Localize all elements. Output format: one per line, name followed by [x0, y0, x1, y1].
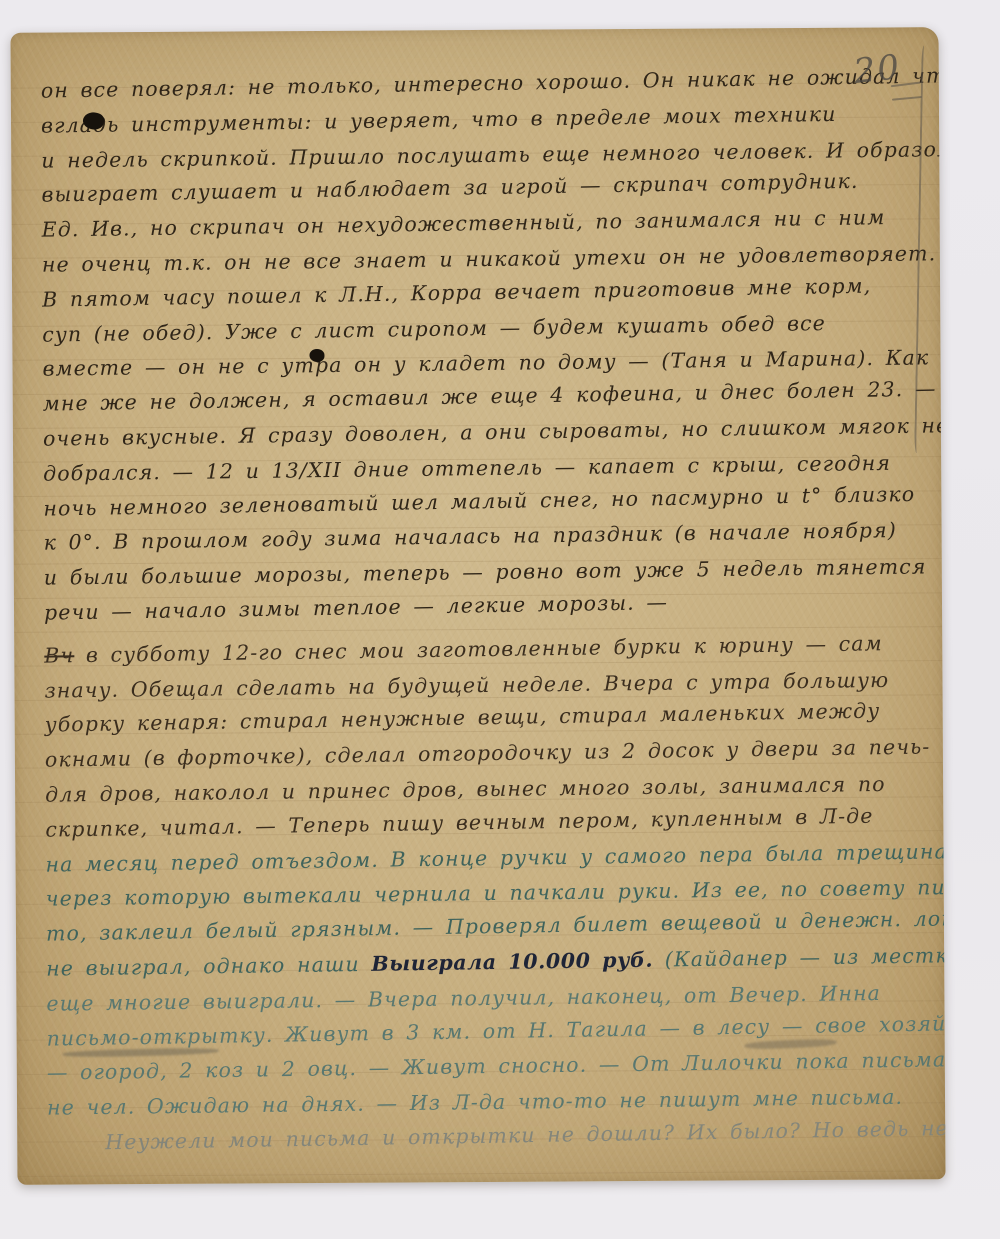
handwriting-text: к 0°. В прошлом году зима началась на пр…	[43, 518, 897, 555]
handwriting-text: он все поверял: не только, интересно хор…	[41, 62, 946, 103]
handwriting-line: он все поверял: не только, интересно хор…	[41, 64, 946, 101]
handwriting-text: мне же не должен, я оставил же еще 4 коф…	[43, 377, 937, 416]
handwriting-line: добрался. — 12 и 13/XII дние оттепель — …	[43, 453, 891, 484]
handwriting-line: еще многие выиграли. — Вчера получил, на…	[46, 983, 881, 1014]
handwriting-lines: он все поверял: не только, интересно хор…	[10, 27, 938, 33]
handwriting-text: в субботу 12-го снес мои заготовленные б…	[74, 631, 883, 667]
handwriting-text: вместе — он не с утра он у кладет по дом…	[42, 346, 929, 381]
handwriting-line: не выиграл, однако наши Выиграла 10.000 …	[46, 944, 945, 980]
handwriting-line: Неужели мои письма и открытки не дошли? …	[105, 1117, 945, 1153]
handwriting-text: уборку кенаря: стирал ненужные вещи, сти…	[45, 699, 881, 737]
handwriting-text: и недель скрипкой. Пришло послушать еще …	[41, 137, 945, 173]
handwriting-text: значу. Обещал сделать на будущей неделе.…	[44, 667, 889, 702]
handwriting-text: суп (не обед). Уже с лист сиропом — буде…	[42, 311, 826, 347]
handwriting-line: не оченц т.к. он не все знает и никакой …	[42, 243, 937, 275]
handwriting-line: окнами (в форточке), сделал отгородочку …	[45, 737, 931, 771]
handwriting-text: не выиграл, однако наши	[46, 952, 372, 981]
handwriting-line: суп (не обед). Уже с лист сиропом — буде…	[42, 313, 826, 345]
handwriting-text: не оченц т.к. он не все знает и никакой …	[42, 241, 937, 276]
pencil-tick-mark	[892, 96, 922, 101]
handwriting-text: то, заклеил белый грязным. — Проверял би…	[46, 905, 946, 946]
handwriting-text: Ед. Ив., но скрипач он нехудожественный,…	[42, 205, 886, 242]
handwriting-line: вместе — он не с утра он у кладет по дом…	[42, 348, 929, 380]
handwriting-text: В пятом часу пошел к Л.Н., Корра вечает …	[42, 273, 872, 311]
handwriting-line: и недель скрипкой. Пришло послушать еще …	[41, 139, 945, 171]
handwriting-text: выиграет слушает и наблюдает за игрой — …	[41, 169, 858, 207]
letter-page: он все поверял: не только, интересно хор…	[10, 27, 945, 1185]
handwriting-text: для дров, наколол и принес дров, вынес м…	[45, 772, 886, 807]
handwriting-text: на месяц перед отъездом. В конце ручки у…	[45, 839, 945, 876]
handwriting-text: и были большие морозы, теперь — ровно во…	[44, 555, 927, 590]
handwriting-text: Вч	[44, 643, 74, 667]
handwriting-line: Ед. Ив., но скрипач он нехудожественный,…	[42, 207, 886, 240]
handwriting-text: еще многие выиграли. — Вчера получил, на…	[46, 981, 881, 1016]
handwriting-line: уборку кенаря: стирал ненужные вещи, сти…	[45, 701, 881, 736]
handwriting-text: Выиграла 10.000 руб.	[371, 948, 653, 976]
handwriting-line: Вч в субботу 12-го снес мои заготовленны…	[44, 633, 883, 666]
handwriting-line: к 0°. В прошлом году зима началась на пр…	[43, 520, 897, 553]
handwriting-line: скрипке, читал. — Теперь пишу вечным пер…	[45, 805, 873, 840]
handwriting-line: выиграет слушает и наблюдает за игрой — …	[41, 171, 858, 205]
handwriting-line: для дров, наколол и принес дров, вынес м…	[45, 774, 886, 805]
handwriting-text: вгладь инструменты: и уверяет, что в пре…	[41, 102, 837, 138]
handwriting-text: речи — начало зимы теплое — легкие мороз…	[44, 590, 668, 625]
ink-blot	[309, 349, 324, 362]
handwriting-line: ночь немного зеленоватый шел малый снег,…	[43, 483, 915, 518]
handwriting-line: и были большие морозы, теперь — ровно во…	[44, 557, 927, 589]
handwriting-line: значу. Обещал сделать на будущей неделе.…	[44, 669, 889, 700]
handwriting-line: не чел. Ожидаю на днях. — Из Л-да что-то…	[47, 1087, 903, 1118]
scanned-letter-background: он все поверял: не только, интересно хор…	[0, 0, 1000, 1239]
handwriting-line: мне же не должен, я оставил же еще 4 коф…	[43, 379, 937, 415]
handwriting-text: окнами (в форточке), сделал отгородочку …	[45, 735, 931, 772]
handwriting-text: скрипке, читал. — Теперь пишу вечным пер…	[45, 803, 874, 841]
handwriting-line: через которую вытекали чернила и пачкали…	[46, 877, 946, 909]
handwriting-text: (Кайданер — из месткома). Буд	[653, 942, 946, 972]
handwriting-text: очень вкусные. Я сразу доволен, а они сы…	[43, 413, 946, 450]
handwriting-line: очень вкусные. Я сразу доволен, а они сы…	[43, 415, 946, 449]
handwriting-line: речи — начало зимы теплое — легкие мороз…	[44, 592, 668, 623]
handwriting-text: через которую вытекали чернила и пачкали…	[46, 875, 946, 911]
handwriting-line: вгладь инструменты: и уверяет, что в пре…	[41, 104, 837, 136]
handwriting-text: ночь немного зеленоватый шел малый снег,…	[43, 481, 915, 520]
handwriting-text: Неужели мои письма и открытки не дошли? …	[105, 1115, 945, 1154]
handwriting-line: на месяц перед отъездом. В конце ручки у…	[45, 841, 945, 875]
handwriting-text: добрался. — 12 и 13/XII дние оттепель — …	[43, 451, 891, 486]
handwriting-text: не чел. Ожидаю на днях. — Из Л-да что-то…	[47, 1085, 903, 1120]
handwriting-line: В пятом часу пошел к Л.Н., Корра вечает …	[42, 275, 871, 310]
handwriting-line: то, заклеил белый грязным. — Проверял би…	[46, 907, 946, 944]
